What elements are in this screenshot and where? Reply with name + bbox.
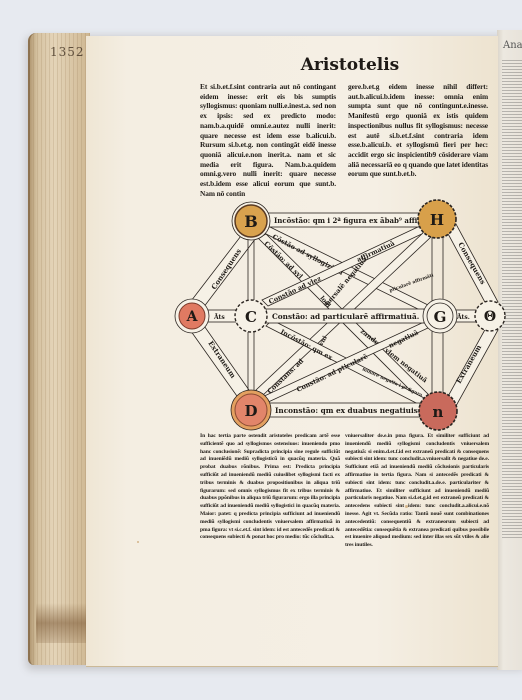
band-label: Consequens bbox=[456, 241, 487, 286]
band-top: Incõstão: qm i 2ª figura ex ãbab⁹ affir bbox=[267, 213, 421, 227]
node-g: G bbox=[423, 299, 457, 333]
node-b: B bbox=[232, 202, 270, 240]
band-label: pticularẽ affirmãti bbox=[388, 271, 434, 294]
node-theta: Θ bbox=[475, 301, 505, 331]
svg-text:G: G bbox=[434, 308, 447, 326]
band-a-c: Ãts bbox=[205, 310, 237, 322]
text-column-bottom-right: vniuersaliter de.e.in pma figura. Et sim… bbox=[345, 433, 489, 550]
band-label: Constão: ad particularẽ affirmatiuã. bbox=[272, 312, 419, 321]
band-label: Inconstão: qm ex duabus negatiuis. bbox=[275, 406, 420, 415]
band-label: Ãts bbox=[213, 314, 225, 321]
band-middle: Constão: ad particularẽ affirmatiuã. bbox=[266, 309, 424, 323]
svg-text:n: n bbox=[433, 403, 444, 421]
svg-text:H: H bbox=[430, 211, 444, 229]
node-h: H bbox=[418, 200, 456, 238]
node-n: n bbox=[419, 392, 457, 430]
band-theta-n: Extraneum bbox=[446, 326, 498, 406]
svg-text:D: D bbox=[244, 402, 257, 420]
band-label: Consequens bbox=[209, 247, 243, 291]
paragraph: In hac tertia parte ostendit aristoteles… bbox=[200, 433, 340, 542]
band-bottom: Inconstão: qm ex duabus negatiuis. bbox=[268, 403, 420, 417]
svg-text:B: B bbox=[244, 212, 258, 231]
node-c: C bbox=[235, 300, 267, 332]
band-label: Incõstão: qm i 2ª figura ex ãbab⁹ affir bbox=[274, 216, 421, 225]
syllogism-diagram: .band { fill: #f6f1e6; stroke: #2a2420; … bbox=[0, 0, 522, 700]
text-column-bottom-left: In hac tertia parte ostendit aristoteles… bbox=[200, 433, 340, 542]
node-a: A bbox=[175, 299, 209, 333]
node-d: D bbox=[231, 390, 271, 430]
svg-text:A: A bbox=[186, 309, 199, 325]
paragraph: vniuersaliter de.e.in pma figura. Et sim… bbox=[345, 433, 489, 550]
svg-text:C: C bbox=[245, 308, 257, 326]
band-g-theta: Ãts. bbox=[455, 310, 477, 322]
band-h-theta: Consequens bbox=[446, 224, 498, 306]
band-label: Ãts. bbox=[456, 314, 470, 321]
svg-text:Θ: Θ bbox=[484, 309, 496, 325]
